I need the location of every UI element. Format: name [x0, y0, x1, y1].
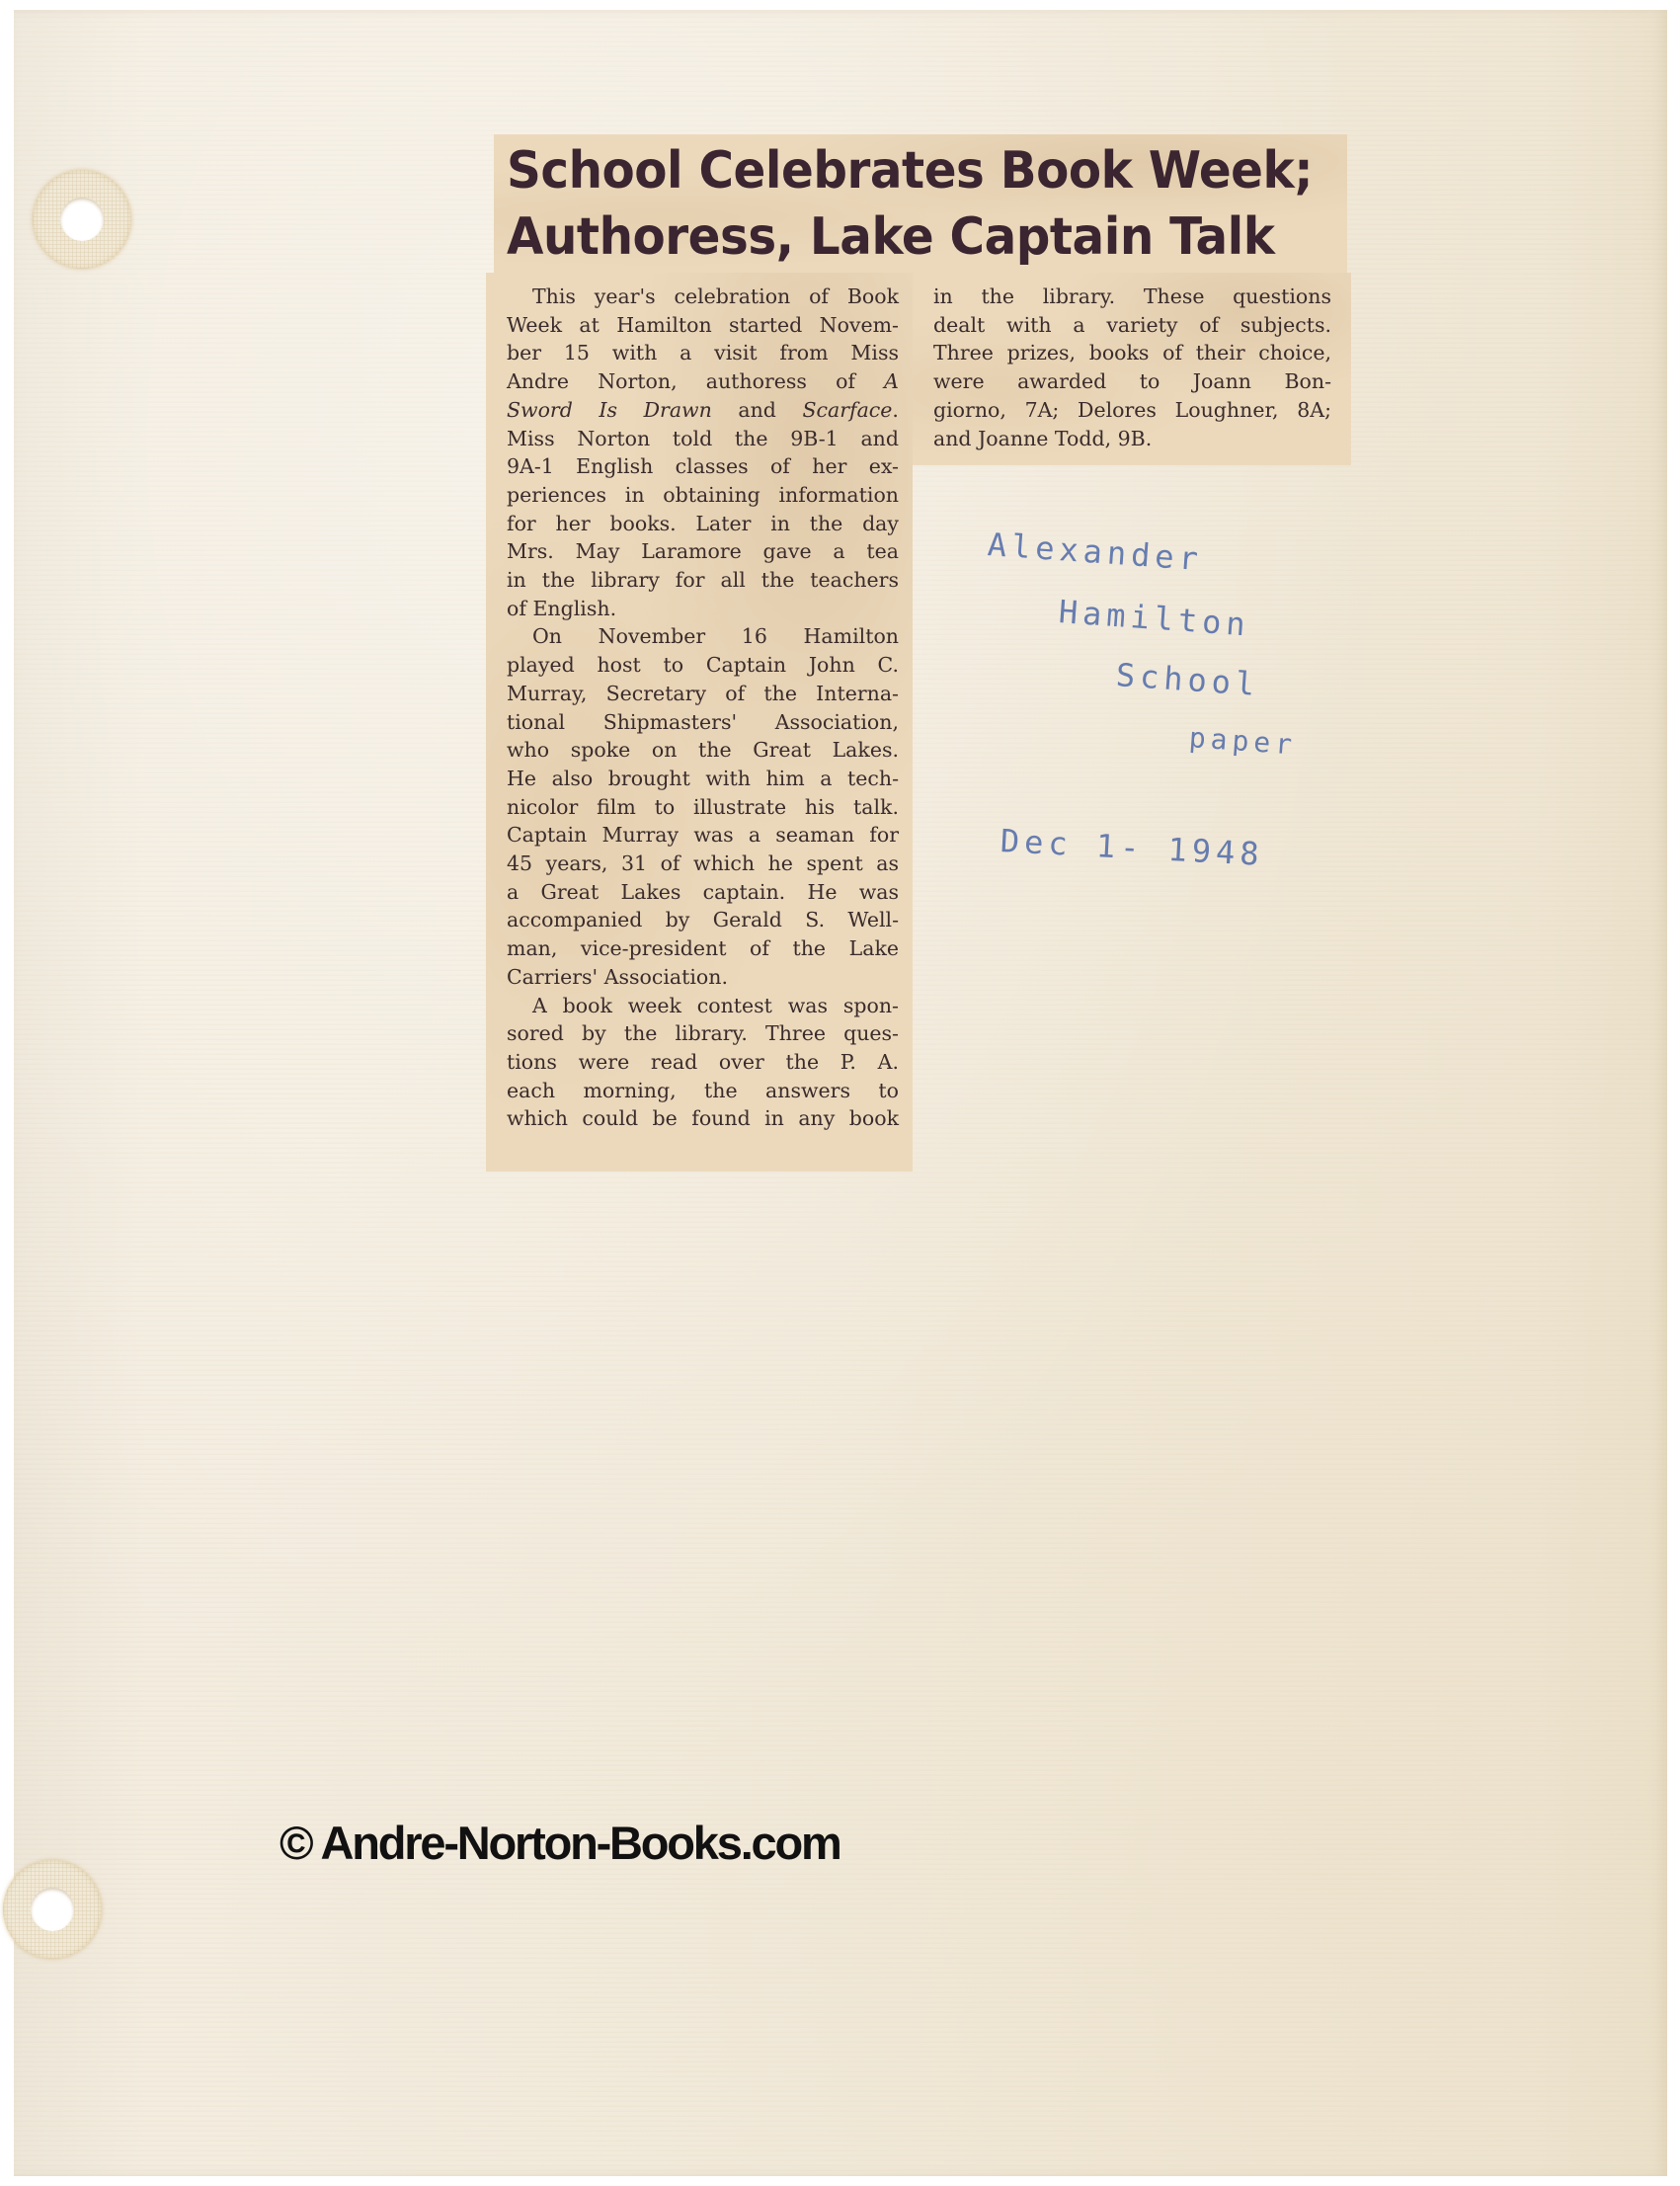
right-column-line: in the library. These questions — [933, 283, 1331, 311]
left-column-line: of English. — [507, 595, 899, 623]
article-headline: School Celebrates Book Week; Authoress, … — [507, 138, 1288, 271]
left-column-line: in the library for all the teachers — [507, 566, 899, 595]
left-column-line: Andre Norton, authoress of A — [507, 367, 899, 396]
left-column-line: 45 years, 31 of which he spent as — [507, 850, 899, 878]
right-column-line: dealt with a variety of subjects. — [933, 311, 1331, 340]
article-body-left-column: This year's celebration of BookWeek at H… — [507, 283, 899, 1133]
binder-hole-reinforcement-top — [33, 170, 131, 269]
binder-hole-reinforcement-bottom — [3, 1860, 102, 1959]
left-column-line: He also brought with him a tech- — [507, 765, 899, 793]
left-column-line: for her books. Later in the day — [507, 510, 899, 538]
left-column-line: nicolor film to illustrate his talk. — [507, 793, 899, 822]
left-column-line: Miss Norton told the 9B-1 and — [507, 425, 899, 453]
left-column-line: sored by the library. Three ques- — [507, 1019, 899, 1048]
left-column-line: ber 15 with a visit from Miss — [507, 339, 899, 367]
right-column-line: were awarded to Joann Bon- — [933, 367, 1331, 396]
left-column-line: Mrs. May Laramore gave a tea — [507, 537, 899, 566]
left-column-line: Captain Murray was a seaman for — [507, 821, 899, 850]
left-column-line: man, vice-president of the Lake — [507, 934, 899, 963]
left-column-line: tions were read over the P. A. — [507, 1048, 899, 1077]
right-column-line: Three prizes, books of their choice, — [933, 339, 1331, 367]
left-column-line: each morning, the answers to — [507, 1077, 899, 1105]
right-column-line: giorno, 7A; Delores Loughner, 8A; — [933, 396, 1331, 425]
left-column-line: who spoke on the Great Lakes. — [507, 736, 899, 765]
headline-line-1: School Celebrates Book Week; — [507, 138, 1288, 204]
left-column-line: Carriers' Association. — [507, 963, 899, 992]
left-column-line: 9A-1 English classes of her ex- — [507, 452, 899, 481]
left-column-line: On November 16 Hamilton — [507, 622, 899, 651]
left-column-line: tional Shipmasters' Association, — [507, 708, 899, 737]
left-column-line: A book week contest was spon- — [507, 992, 899, 1020]
left-column-line: Murray, Secretary of the Interna- — [507, 680, 899, 708]
left-column-line: Sword Is Drawn and Scarface. — [507, 396, 899, 425]
left-column-line: a Great Lakes captain. He was — [507, 878, 899, 907]
left-column-line: accompanied by Gerald S. Well- — [507, 906, 899, 934]
right-column-line: and Joanne Todd, 9B. — [933, 425, 1331, 453]
left-column-line: played host to Captain John C. — [507, 651, 899, 680]
left-column-line: Week at Hamilton started Novem- — [507, 311, 899, 340]
left-column-line: which could be found in any book — [507, 1104, 899, 1133]
left-column-line: periences in obtaining information — [507, 481, 899, 510]
left-column-line: This year's celebration of Book — [507, 283, 899, 311]
copyright-watermark: © Andre-Norton-Books.com — [280, 1816, 840, 1870]
article-body-right-column: in the library. These questionsdealt wit… — [933, 283, 1331, 452]
headline-line-2: Authoress, Lake Captain Talk — [507, 204, 1288, 271]
